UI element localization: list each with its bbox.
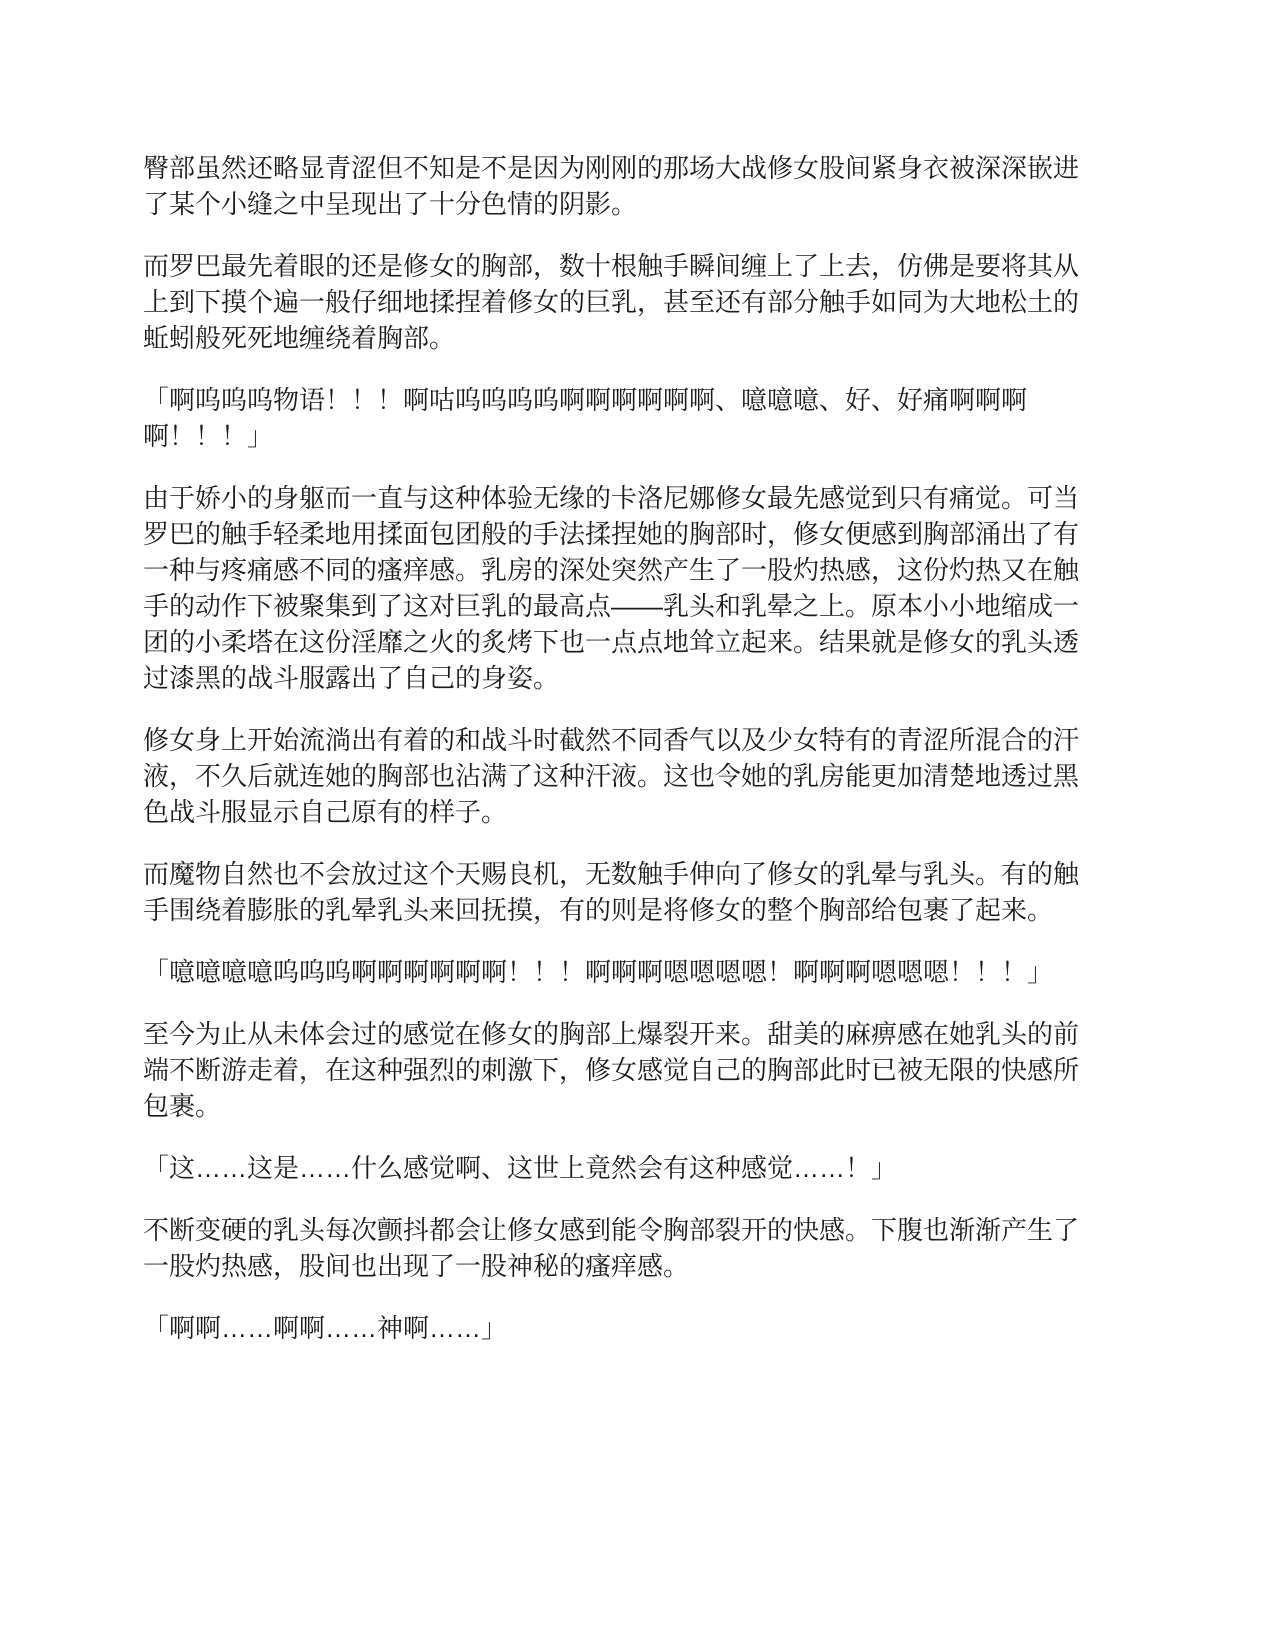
dialogue-paragraph: 「啊呜呜呜物语！！！啊咕呜呜呜呜啊啊啊啊啊啊、噫噫噫、好、好痛啊啊啊啊！！！」 bbox=[143, 382, 1079, 454]
paragraph: 臀部虽然还略显青涩但不知是不是因为刚刚的那场大战修女股间紧身衣被深深嵌进了某个小… bbox=[143, 150, 1079, 222]
dialogue-paragraph: 「这……这是……什么感觉啊、这世上竟然会有这种感觉……！」 bbox=[143, 1150, 1079, 1186]
paragraph: 而罗巴最先着眼的还是修女的胸部，数十根触手瞬间缠上了上去，仿佛是要将其从上到下摸… bbox=[143, 248, 1079, 356]
paragraph: 由于娇小的身躯而一直与这种体验无缘的卡洛尼娜修女最先感觉到只有痛觉。可当罗巴的触… bbox=[143, 480, 1079, 696]
paragraph: 至今为止从未体会过的感觉在修女的胸部上爆裂开来。甜美的麻痹感在她乳头的前端不断游… bbox=[143, 1016, 1079, 1124]
dialogue-paragraph: 「噫噫噫噫呜呜呜啊啊啊啊啊啊！！！啊啊啊嗯嗯嗯嗯！啊啊啊嗯嗯嗯！！！」 bbox=[143, 954, 1079, 990]
document-page: 臀部虽然还略显青涩但不知是不是因为刚刚的那场大战修女股间紧身衣被深深嵌进了某个小… bbox=[0, 0, 1275, 1650]
paragraph: 不断变硬的乳头每次颤抖都会让修女感到能令胸部裂开的快感。下腹也渐渐产生了一股灼热… bbox=[143, 1212, 1079, 1284]
paragraph: 修女身上开始流淌出有着的和战斗时截然不同香气以及少女特有的青涩所混合的汗液，不久… bbox=[143, 722, 1079, 830]
paragraph: 而魔物自然也不会放过这个天赐良机，无数触手伸向了修女的乳晕与乳头。有的触手围绕着… bbox=[143, 856, 1079, 928]
dialogue-paragraph: 「啊啊……啊啊……神啊……」 bbox=[143, 1310, 1079, 1346]
